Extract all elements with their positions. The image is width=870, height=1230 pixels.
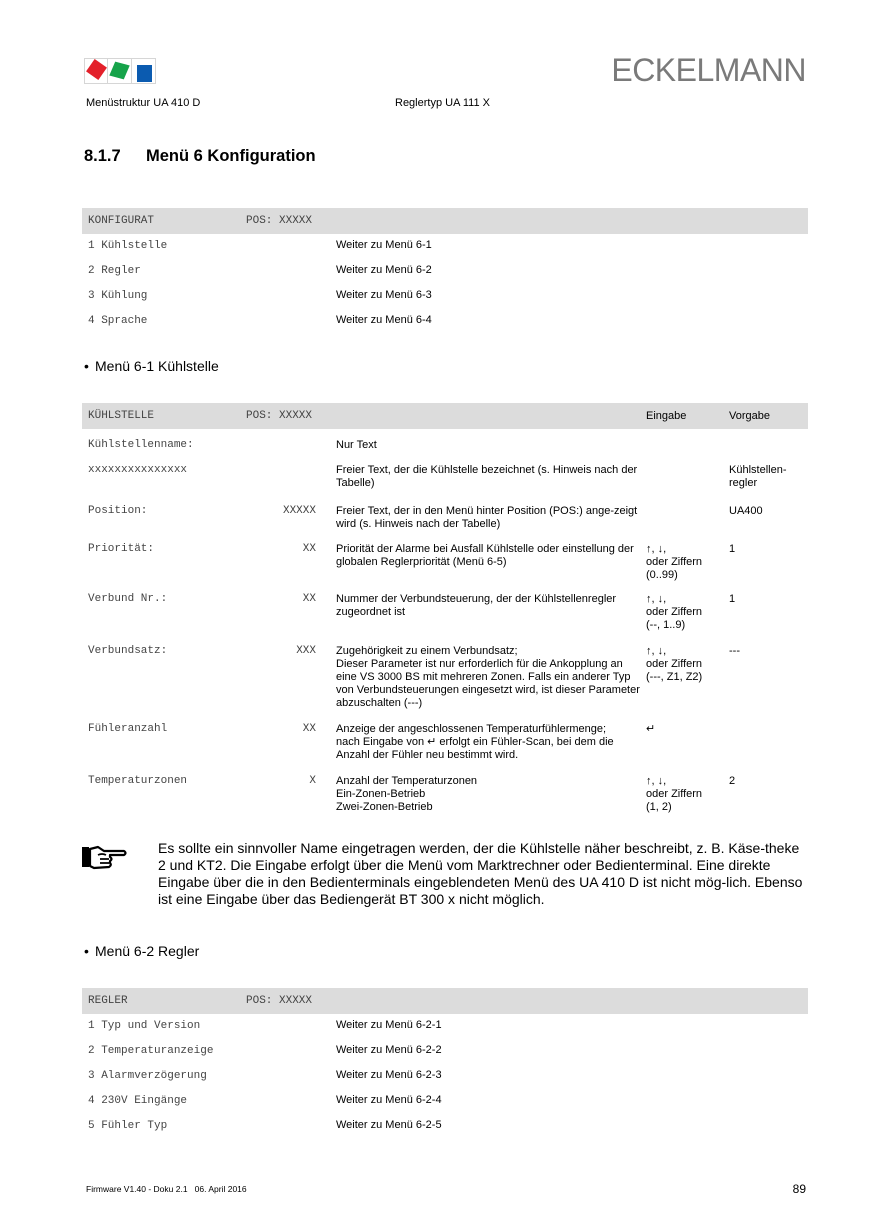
subsection-label: Menü 6-2 Regler: [95, 943, 199, 959]
table-row[interactable]: 3 KühlungWeiter zu Menü 6-3: [82, 284, 808, 309]
parameter-description: Zugehörigkeit zu einem Verbundsatz; Dies…: [336, 645, 642, 710]
menu-target: Weiter zu Menü 6-2: [336, 264, 432, 277]
table-header-title: KONFIGURAT: [88, 215, 154, 227]
menu-target: Weiter zu Menü 6-1: [336, 239, 432, 252]
menu-target: Weiter zu Menü 6-2-1: [336, 1019, 442, 1032]
menu-item: 2 Temperaturanzeige: [88, 1045, 213, 1057]
header-controller-type: Reglertyp UA 111 X: [395, 97, 490, 109]
parameter-description: Nummer der Verbundsteuerung, der der Küh…: [336, 593, 642, 619]
company-logo: [84, 58, 156, 84]
table-row[interactable]: 2 ReglerWeiter zu Menü 6-2: [82, 259, 808, 284]
parameter-name: xxxxxxxxxxxxxxx: [88, 464, 187, 476]
parameter-default: 1: [729, 593, 799, 606]
regler-table: REGLER POS: XXXXX 1 Typ und VersionWeite…: [82, 988, 808, 1139]
menu-item: 4 Sprache: [88, 315, 147, 327]
table-header: KONFIGURAT POS: XXXXX: [82, 208, 808, 234]
parameter-name: Position:: [88, 505, 147, 517]
parameter-default: ---: [729, 645, 799, 658]
subsection-menu-6-1: •Menü 6-1 Kühlstelle: [84, 358, 219, 374]
section-title: 8.1.7Menü 6 Konfiguration: [84, 147, 316, 166]
parameter-value: XX: [232, 543, 316, 555]
table-row[interactable]: 4 SpracheWeiter zu Menü 6-4: [82, 309, 808, 334]
note-text: Es sollte ein sinnvoller Name eingetrage…: [158, 840, 808, 908]
section-number: 8.1.7: [84, 147, 146, 166]
parameter-default: UA400: [729, 505, 799, 518]
bullet: •: [84, 943, 95, 959]
menu-target: Weiter zu Menü 6-3: [336, 289, 432, 302]
page-number: 89: [793, 1182, 806, 1196]
menu-target: Weiter zu Menü 6-2-5: [336, 1119, 442, 1132]
parameter-description: Priorität der Alarme bei Ausfall Kühlste…: [336, 543, 642, 569]
table-header-pos: POS: XXXXX: [246, 995, 312, 1007]
header-document-title: Menüstruktur UA 410 D: [86, 97, 200, 109]
menu-target: Weiter zu Menü 6-2-3: [336, 1069, 442, 1082]
parameter-description: Anzeige der angeschlossenen Temperaturfü…: [336, 723, 642, 762]
parameter-description: Freier Text, der in den Menü hinter Posi…: [336, 505, 642, 531]
parameter-name: Verbundsatz:: [88, 645, 167, 657]
menu-target: Weiter zu Menü 6-2-4: [336, 1094, 442, 1107]
subsection-menu-6-2: •Menü 6-2 Regler: [84, 943, 199, 959]
pointing-hand-icon: [80, 843, 128, 871]
table-row[interactable]: 5 Fühler TypWeiter zu Menü 6-2-5: [82, 1114, 808, 1139]
blue-square-icon: [137, 65, 152, 82]
menu-item: 1 Kühlstelle: [88, 240, 167, 252]
parameter-input: ↑, ↓, oder Ziffern (0..99): [646, 543, 726, 582]
table-header-pos: POS: XXXXX: [246, 410, 312, 422]
table-header-title: KÜHLSTELLE: [88, 410, 154, 422]
table-row[interactable]: 2 TemperaturanzeigeWeiter zu Menü 6-2-2: [82, 1039, 808, 1064]
parameter-default: 1: [729, 543, 799, 556]
table-row[interactable]: 1 KühlstelleWeiter zu Menü 6-1: [82, 234, 808, 259]
konfigurat-table: KONFIGURAT POS: XXXXX 1 KühlstelleWeiter…: [82, 208, 808, 334]
parameter-name: Kühlstellenname:: [88, 439, 194, 451]
table-header: KÜHLSTELLE POS: XXXXX Eingabe Vorgabe: [82, 403, 808, 429]
menu-item: 3 Kühlung: [88, 290, 147, 302]
menu-target: Weiter zu Menü 6-4: [336, 314, 432, 327]
table-header-vorgabe: Vorgabe: [729, 410, 770, 423]
menu-item: 3 Alarmverzögerung: [88, 1070, 207, 1082]
table-header-eingabe: Eingabe: [646, 410, 686, 423]
parameter-name: Fühleranzahl: [88, 723, 167, 735]
section-heading: Menü 6 Konfiguration: [146, 147, 316, 165]
menu-item: 2 Regler: [88, 265, 141, 277]
parameter-description: Freier Text, der die Kühlstelle bezeichn…: [336, 464, 642, 490]
table-header: REGLER POS: XXXXX: [82, 988, 808, 1014]
parameter-name: Priorität:: [88, 543, 154, 555]
menu-item: 5 Fühler Typ: [88, 1120, 167, 1132]
table-header-title: REGLER: [88, 995, 128, 1007]
parameter-input: ↵: [646, 723, 726, 736]
parameter-input: ↑, ↓, oder Ziffern (---, Z1, Z2): [646, 645, 726, 684]
parameter-default: Kühlstellen-regler: [729, 464, 799, 490]
parameter-value: X: [232, 775, 316, 787]
parameter-description: Nur Text: [336, 439, 642, 452]
parameter-value: XX: [232, 593, 316, 605]
parameter-value: XX: [232, 723, 316, 735]
parameter-description: Anzahl der Temperaturzonen Ein-Zonen-Bet…: [336, 775, 642, 814]
table-row[interactable]: 3 AlarmverzögerungWeiter zu Menü 6-2-3: [82, 1064, 808, 1089]
parameter-input: ↑, ↓, oder Ziffern (1, 2): [646, 775, 726, 814]
bullet: •: [84, 358, 95, 374]
parameter-value: XXXXX: [232, 505, 316, 517]
table-header-pos: POS: XXXXX: [246, 215, 312, 227]
parameter-name: Temperaturzonen: [88, 775, 187, 787]
menu-target: Weiter zu Menü 6-2-2: [336, 1044, 442, 1057]
table-row[interactable]: 1 Typ und VersionWeiter zu Menü 6-2-1: [82, 1014, 808, 1039]
parameter-value: XXX: [232, 645, 316, 657]
menu-item: 1 Typ und Version: [88, 1020, 200, 1032]
footer-version-date: Firmware V1.40 - Doku 2.1 06. April 2016: [86, 1184, 247, 1194]
menu-item: 4 230V Eingänge: [88, 1095, 187, 1107]
kuehlstelle-table: KÜHLSTELLE POS: XXXXX Eingabe Vorgabe Kü…: [82, 403, 808, 823]
green-square-icon: [110, 62, 130, 80]
red-diamond-icon: [86, 59, 107, 80]
brand-name: ECKELMANN: [611, 52, 806, 89]
parameter-default: 2: [729, 775, 799, 788]
parameter-name: Verbund Nr.:: [88, 593, 167, 605]
subsection-label: Menü 6-1 Kühlstelle: [95, 358, 219, 374]
table-row[interactable]: 4 230V EingängeWeiter zu Menü 6-2-4: [82, 1089, 808, 1114]
parameter-input: ↑, ↓, oder Ziffern (--, 1..9): [646, 593, 726, 632]
